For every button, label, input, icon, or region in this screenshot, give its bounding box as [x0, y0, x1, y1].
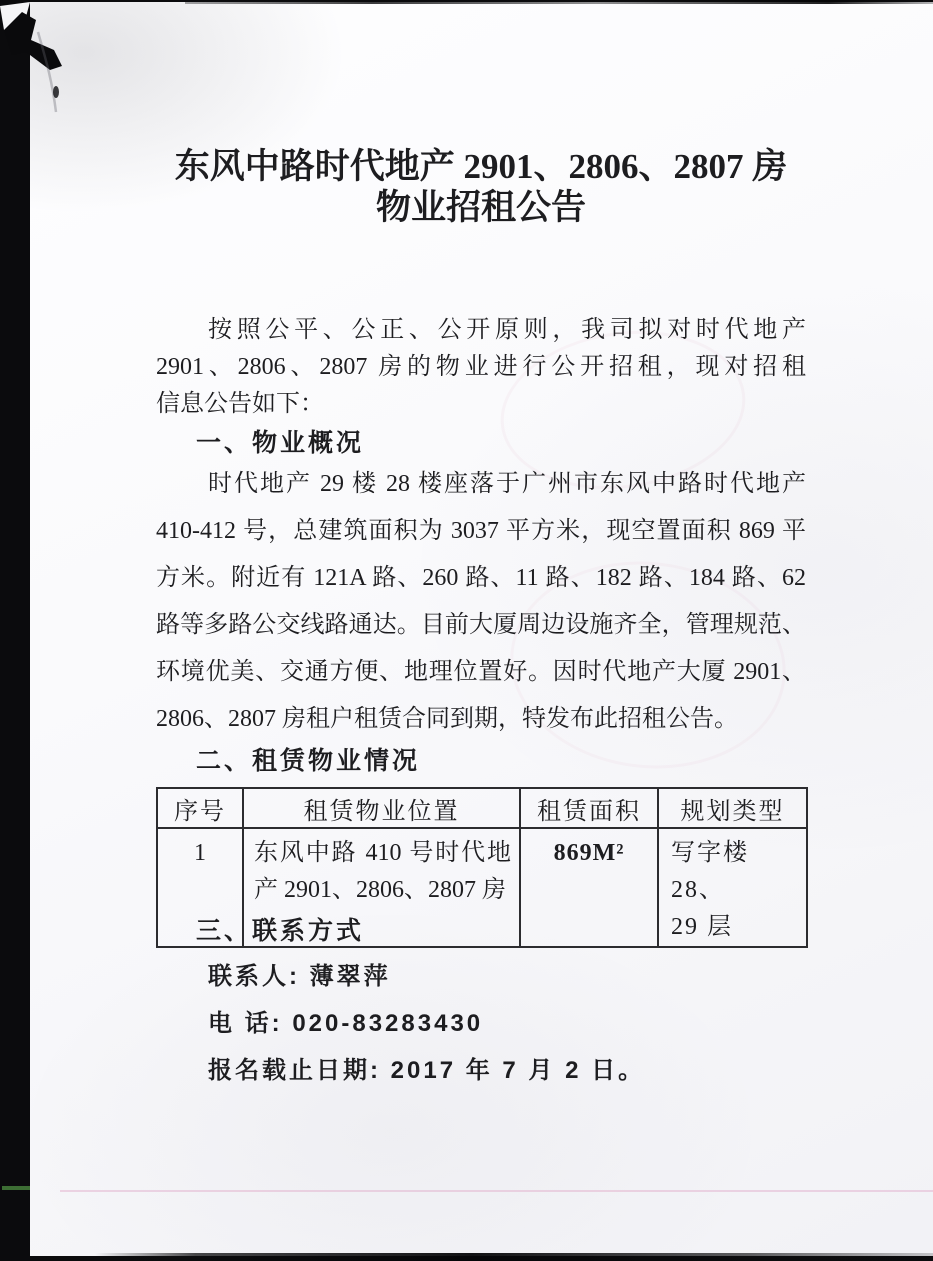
text-line: 410-412 号，总建筑面积为 3037 平方米，现空置面积 869 平: [156, 508, 806, 555]
contact-person-line: 联系人: 薄翠萍: [208, 963, 806, 991]
intro-paragraph: 按照公平、公正、公开原则，我司拟对时代地产 2901、2806、2807 房的物…: [156, 312, 806, 423]
text-line: 2901、2806、2807 房的物业进行公开招租，现对招租: [156, 349, 806, 386]
text-line: 路等多路公交线路通达。目前大厦周边设施齐全，管理规范、: [156, 602, 806, 649]
text-line: 2806、2807 房租户租赁合同到期，特发布此招租公告。: [156, 696, 806, 743]
cell-location-line2: 产 2901、2806、2807 房: [254, 872, 511, 909]
col-header-seq: 序号: [157, 788, 243, 828]
table-header-row: 序号 租赁物业位置 租赁面积 规划类型: [157, 788, 807, 828]
col-header-type: 规划类型: [658, 788, 807, 828]
scan-top-edge-artifact: [185, 0, 933, 4]
section1-paragraph: 时代地产 29 楼 28 楼座落于广州市东风中路时代地产 410-412 号，总…: [156, 461, 806, 743]
scanned-document: { "colors": { "scan-bg": "#0b0b0d", "pap…: [0, 0, 933, 1261]
title-line-1: 东风中路时代地产 2901、2806、2807 房: [156, 146, 806, 187]
scan-green-tick-artifact: [2, 1186, 30, 1190]
ink-drop: [53, 86, 59, 98]
text-line: 方米。附近有 121A 路、260 路、11 路、182 路、184 路、62: [156, 555, 806, 602]
scan-pink-line-artifact: [60, 1190, 933, 1192]
text-line: 时代地产 29 楼 28 楼座落于广州市东风中路时代地产: [156, 461, 806, 508]
document-page: 东风中路时代地产 2901、2806、2807 房 物业招租公告 按照公平、公正…: [30, 2, 933, 1256]
crease-line: [38, 32, 56, 112]
text-line: 按照公平、公正、公开原则，我司拟对时代地产: [156, 312, 806, 349]
text-line: 信息公告如下：: [156, 386, 806, 423]
section1-heading: 一、物业概况: [156, 428, 806, 458]
title-line-2: 物业招租公告: [156, 187, 806, 228]
col-header-location: 租赁物业位置: [243, 788, 520, 828]
document-title: 东风中路时代地产 2901、2806、2807 房 物业招租公告: [156, 146, 806, 228]
cell-type-line1: 写字楼 28、: [671, 835, 806, 909]
cell-location-line1: 东风中路 410 号时代地: [254, 835, 511, 872]
text-line: 环境优美、交通方便、地理位置好。因时代地产大厦 2901、: [156, 649, 806, 696]
contact-phone-line: 电 话: 020-83283430: [208, 1010, 806, 1038]
section3-heading: 三、联系方式: [156, 916, 806, 946]
document-content: 东风中路时代地产 2901、2806、2807 房 物业招租公告 按照公平、公正…: [156, 2, 806, 1256]
contact-deadline-line: 报名载止日期: 2017 年 7 月 2 日。: [208, 1057, 806, 1085]
contact-block: 联系人: 薄翠萍 电 话: 020-83283430 报名载止日期: 2017 …: [156, 963, 806, 1104]
scan-bottom-edge-artifact: [95, 1253, 933, 1261]
section2-heading: 二、租赁物业情况: [156, 746, 806, 776]
page-corner-fold-mark: [0, 0, 140, 230]
col-header-area: 租赁面积: [520, 788, 658, 828]
